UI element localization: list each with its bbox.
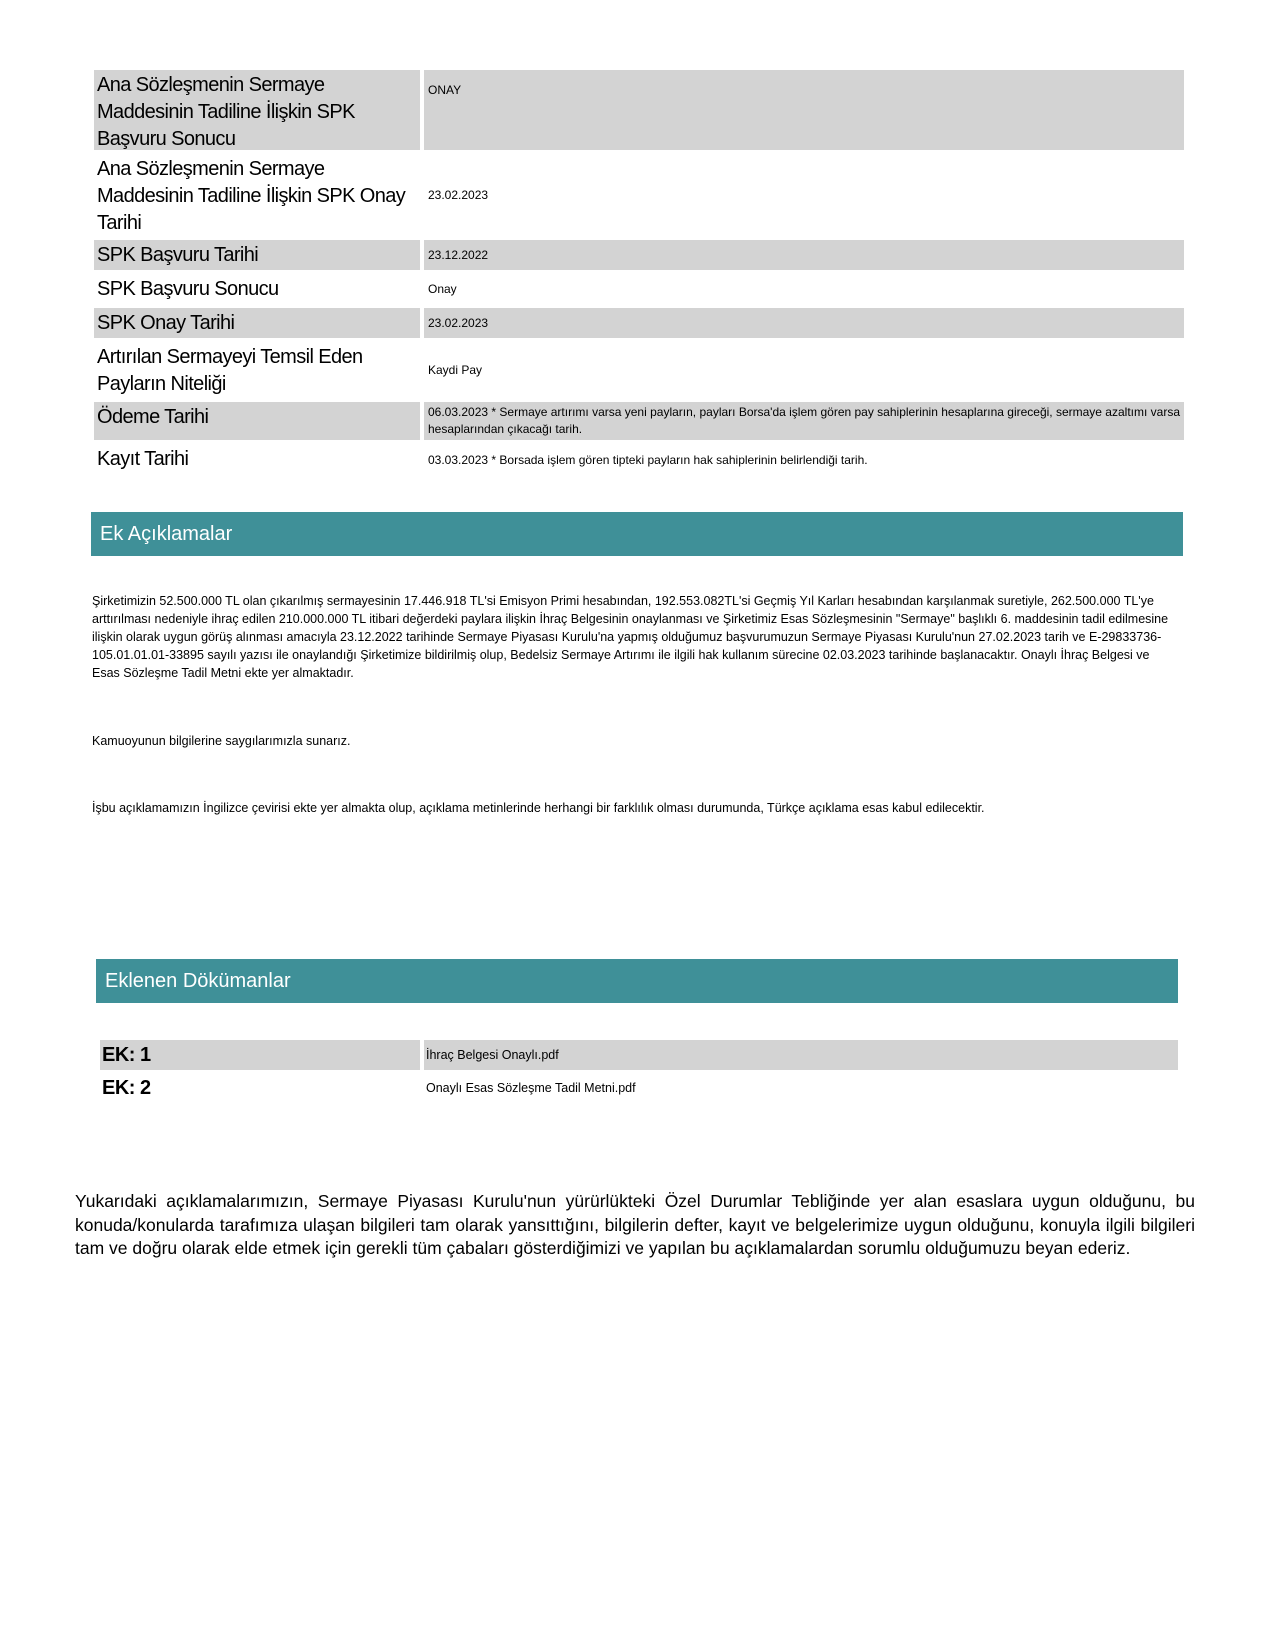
info-row: Kayıt Tarihi 03.03.2023 * Borsada işlem … [94, 444, 1184, 476]
info-label: Artırılan Sermayeyi Temsil Eden Payların… [94, 342, 420, 398]
info-row: SPK Başvuru Sonucu Onay [94, 274, 1184, 304]
info-row: SPK Onay Tarihi 23.02.2023 [94, 308, 1184, 338]
info-value: 23.02.2023 [424, 308, 1184, 338]
ek-aciklamalar-header: Ek Açıklamalar [91, 512, 1183, 556]
info-row: Ana Sözleşmenin Sermaye Maddesinin Tadil… [94, 70, 1184, 150]
info-value: 23.02.2023 [424, 154, 1184, 236]
info-row: Artırılan Sermayeyi Temsil Eden Payların… [94, 342, 1184, 398]
info-label: Ana Sözleşmenin Sermaye Maddesinin Tadil… [94, 154, 420, 236]
info-value: 03.03.2023 * Borsada işlem gören tipteki… [424, 444, 1184, 476]
info-row: Ana Sözleşmenin Sermaye Maddesinin Tadil… [94, 154, 1184, 236]
ek-aciklamalar-paragraph: Şirketimizin 52.500.000 TL olan çıkarılm… [92, 592, 1172, 682]
document-link[interactable]: Onaylı Esas Sözleşme Tadil Metni.pdf [424, 1073, 1178, 1103]
info-value: ONAY [424, 70, 1184, 150]
info-row: SPK Başvuru Tarihi 23.12.2022 [94, 240, 1184, 270]
info-value: Kaydi Pay [424, 342, 1184, 398]
eklenen-dokumanlar-header: Eklenen Dökümanlar [96, 959, 1178, 1003]
translation-note: İşbu açıklamamızın İngilizce çevirisi ek… [92, 799, 1172, 817]
info-label: Kayıt Tarihi [94, 444, 420, 476]
info-label: SPK Başvuru Sonucu [94, 274, 420, 304]
info-value: 23.12.2022 [424, 240, 1184, 270]
document-link[interactable]: İhraç Belgesi Onaylı.pdf [424, 1040, 1178, 1070]
info-label: SPK Onay Tarihi [94, 308, 420, 338]
document-row: EK: 2 Onaylı Esas Sözleşme Tadil Metni.p… [100, 1073, 1178, 1103]
closing-remark: Kamuoyunun bilgilerine saygılarımızla su… [92, 732, 1172, 750]
info-label: Ödeme Tarihi [94, 402, 420, 440]
attached-documents-list: EK: 1 İhraç Belgesi Onaylı.pdf EK: 2 Ona… [100, 1040, 1178, 1106]
info-label: SPK Başvuru Tarihi [94, 240, 420, 270]
responsibility-statement: Yukarıdaki açıklamalarımızın, Sermaye Pi… [75, 1190, 1195, 1261]
info-label: Ana Sözleşmenin Sermaye Maddesinin Tadil… [94, 70, 420, 150]
document-label: EK: 2 [100, 1073, 420, 1103]
info-value: 06.03.2023 * Sermaye artırımı varsa yeni… [424, 402, 1184, 440]
document-row: EK: 1 İhraç Belgesi Onaylı.pdf [100, 1040, 1178, 1070]
capital-increase-info-table: Ana Sözleşmenin Sermaye Maddesinin Tadil… [94, 70, 1184, 480]
info-value: Onay [424, 274, 1184, 304]
document-label: EK: 1 [100, 1040, 420, 1070]
info-row: Ödeme Tarihi 06.03.2023 * Sermaye artırı… [94, 402, 1184, 440]
